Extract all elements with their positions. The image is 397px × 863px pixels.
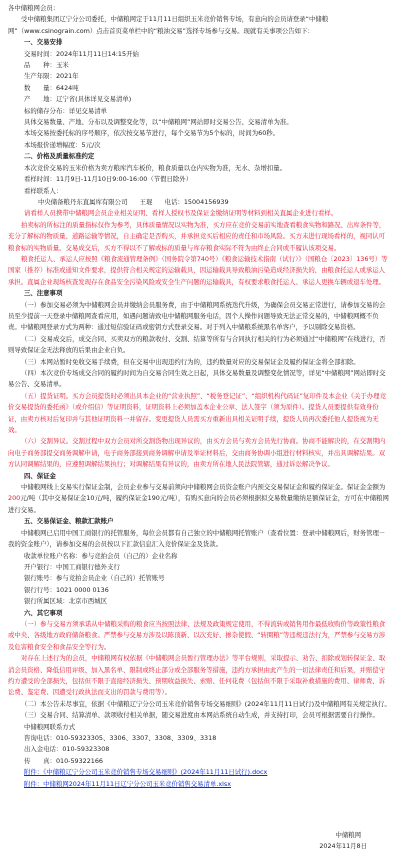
notice-item-5: （五）提货证明。买方会员提货时必须出具本企业的“营业执照”、“税务登记证”、“组… [8,391,391,437]
consult-phone: 咨询电话：010-59323305、3306、3307、3308、3309、33… [8,733,391,744]
deposit-text-before: 中储粮网线上交易实行保证金制，会员企业参与交易前须向中储粮网会员资金账户内预交交… [21,483,385,491]
trade-time: 交易时间：2024年11月11日14:15开始 [8,49,391,60]
bid-increment: 本场报价递增幅度：5元/次 [8,140,391,151]
bank-account: 银行账号：参与竞拍会员企业（自己的）托管账号 [8,573,391,584]
other-item-1: （一）参与交易方须承诺从中储粮采购的粮食应当按照法律、法规及政策规定使用，不得流… [8,619,391,653]
attachment-link-trade-list[interactable]: 附件：中储粮网2024年11月11日辽宁分公司玉米竞价销售交易清单.xlsx [24,780,231,788]
section-1-title: 一、交易安排 [8,37,391,48]
intro-paragraph: 受中储粮集团辽宁分公司委托，中储粮网定于11月11日组织玉米竞价销售专场，有意向… [8,14,391,37]
funds-phone: 出入金电话：010-59323308 [8,744,391,755]
other-item-3: （三）交易合同、结算清单、款项收付相关单据，随交易进度由本网站系统自动生成，并支… [8,710,391,721]
section-3-title: 三、注意事项 [8,288,391,299]
account-name: 收款单位账户名称：参与竞拍会员（自己的）企业名称 [8,551,391,562]
quality-disclaimer: 拍卖标的所标注的质量指标仅作为参考，具体质量情况以实物为准，买方应在竞价交易前实… [8,220,391,254]
other-item-2: （二）本公告未尽事宜，依据《中储粮辽宁分公司玉米竞价销售专场交易细则》(2024… [8,699,391,710]
deposit-text-after: 元/吨（其中交易保证金10元/吨，履约保证金190元/吨），有购买意向的会员必须… [8,494,389,513]
contact-person: 王琨 [140,198,153,206]
sample-requirement-notice: 请看样人员携带中储粮网会员企业相关证明、看样人授权书及保证金缴纳证明等材料到相关… [8,208,391,219]
trade-details-note: 具体交易数量、产地、分布以及调整变化等，以“中储粮网”网站即时交易公告、交易清单… [8,117,391,128]
signature-date: 2024年11月8日 [8,841,367,852]
contact-title: 中储粮网联系方式 [8,722,391,733]
custody-account-text: 中储粮网已启用中国工商银行的托管服务，每位会员都有自己独立的中储粮网托管账户（查… [8,528,391,551]
other-item-1-penalty: 对存在上述行为的会员，中储粮网有权依据《中储粮网会员暂行管理办法》等平台规则，采… [8,653,391,699]
bank-code: 银行行号：1021 0000 0136 [8,585,391,596]
notice-item-1: （一）参加交易必须为中储粮网会员并缴纳会员服务费，由于中储粮网系统迭代升级，为确… [8,300,391,334]
bank-name: 开户银行：中国工商银行德外支行 [8,562,391,573]
transport-requirement: 粮食托运人、承运人应按照《粮食流通管理条例》（国务院令第740号）《粮食运输技术… [8,254,391,288]
notice-item-3: （三）本网站暂时免收交易手续费，但在交易中出现违约行为的，违约数量对应的交易保证… [8,357,391,368]
announcement-document: 各中储粮网会员： 受中储粮集团辽宁分公司委托，中储粮网定于11月11日组织玉米竞… [0,0,397,853]
sample-contact: 中央储备粮丹东直属库有限公司 王琨 电话：15004156939 [8,197,391,208]
section-5-title: 五、交易保证金、粮款汇款账户 [8,516,391,527]
deposit-paragraph: 中储粮网线上交易实行保证金制，会员企业参与交易前须向中储粮网会员资金账户内预交交… [8,482,391,516]
section-2-title: 二、价格及质量标准约定 [8,151,391,162]
notice-item-2: （二）交易成交后，成交合同、买卖双方的粮款收付、交割、结算等所有与合同执行相关的… [8,334,391,357]
fax: 传 真：010-59322166 [8,756,391,767]
sample-time: 看样时间：11月9日-11月10日9:00-16:00（节假日除外） [8,174,391,185]
quantity: 数 量：6424吨 [8,83,391,94]
production-year: 生产年限：2021年 [8,71,391,82]
section-4-title: 四、保证金 [8,471,391,482]
bank-region: 银行所属区域：北京市西城区 [8,596,391,607]
notice-item-4: （四）本次竞价专场成交合同的履约时间为自交易合同生效之日起，具体交易数量及调整变… [8,368,391,391]
contact-company: 中央储备粮丹东直属库有限公司 [38,198,127,206]
contact-phone: 电话：15004156939 [165,198,229,206]
spacer [8,790,391,830]
sample-contact-label: 看样联系人： [8,186,391,197]
trade-sequence-note: 本场交易按委托标的序号顺序，依次按交易节进行，每个交易节为5个标的，时间为60秒… [8,128,391,139]
signature: 中储粮网 2024年11月8日 [8,830,391,853]
attachment-link-trade-rules[interactable]: 附件：《中储粮辽宁分公司玉米竞价销售专场交易细则》(2024年11月11日试行)… [24,768,267,776]
notice-item-6: （六）交割异议。交割过程中双方会员对所交割货物出现异议的，由买方会员与卖方会员先… [8,436,391,470]
section-6-title: 六、其它事项 [8,608,391,619]
origin: 产 地：辽宁省(具体详见交易清单) [8,94,391,105]
price-text: 本次竞价交易的玉米价格为卖方粮库汽车板价，粮食质量以仓内实物为准，无水、杂增扣量… [8,163,391,174]
variety: 品 种：玉米 [8,60,391,71]
deposit-amount: 200 [8,494,20,502]
storage-distribution: 标的储存分布：详见交易清单 [8,106,391,117]
signature-org: 中储粮网 [8,830,367,841]
greeting: 各中储粮网会员： [8,3,391,14]
